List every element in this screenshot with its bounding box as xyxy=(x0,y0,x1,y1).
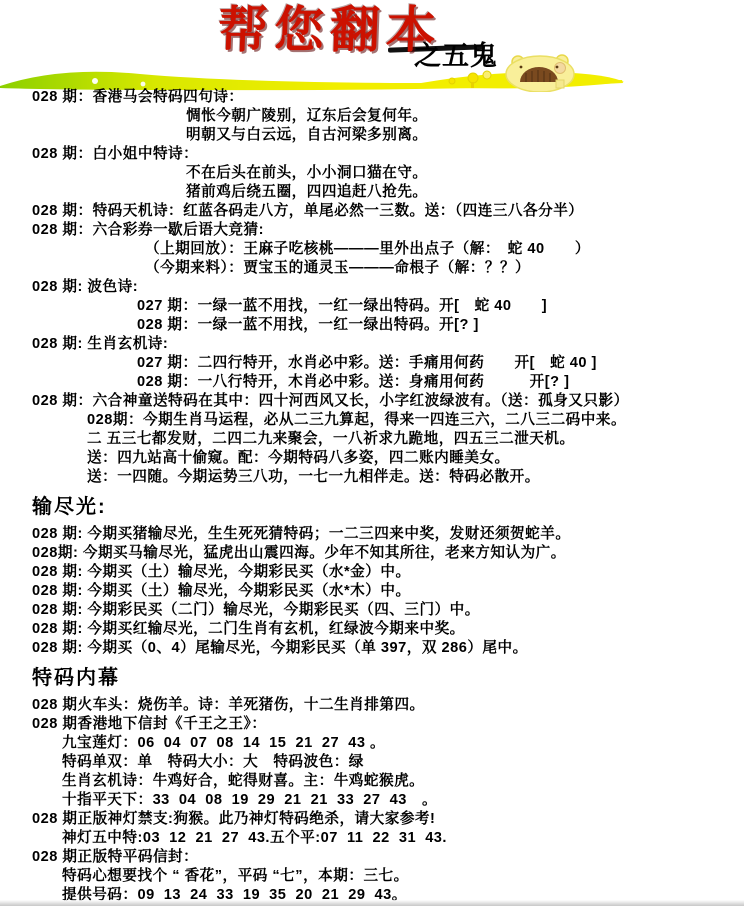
text-line: 028 期: 生肖玄机诗: xyxy=(0,335,744,354)
screenshot-bottom-cutoff xyxy=(0,900,744,906)
text-line: 二 五三七都发财，二四二九来聚会，一八祈求九跪地，四五三二泄天机。 xyxy=(0,430,744,449)
text-line: 送：一四随。今期运势三八功，一七一九相伴走。送：特码必散开。 xyxy=(0,468,744,487)
text-line: 028 期: 今期买（土）输尽光，今期彩民买（水*金）中。 xyxy=(0,563,744,582)
text-line: 特码单双：单 特码大小：大 特码波色：绿 xyxy=(0,753,744,772)
text-line: 028 期：六合彩券一歇后语大竞猜: xyxy=(0,221,744,240)
section-heading-shujinguang: 输尽光: xyxy=(0,496,744,518)
text-line: 028 期：特码天机诗：红蓝各码走八方，单尾必然一三数。送：（四连三八各分半） xyxy=(0,202,744,221)
poem-line: 明朝又与白云远，自古河梁多别离。 xyxy=(0,126,744,145)
text-line: 028 期正版特平码信封： xyxy=(0,848,744,867)
tipsheet-page: 帮您翻本 之五鬼 xyxy=(0,0,744,906)
poem-line: 猪前鸡后绕五圈，四四追赶八抢先。 xyxy=(0,183,744,202)
text-line: 028期：今期生肖马运程，必从二三九算起，得来一四连三六，二八三二码中来。 xyxy=(0,411,744,430)
text-line: 028 期: 今期买（土）输尽光，今期彩民买（水*木）中。 xyxy=(0,582,744,601)
grass-banner-graphic xyxy=(0,50,744,92)
text-line: 神灯五中特:03 12 21 27 43.五个平:07 11 22 31 43. xyxy=(0,829,744,848)
text-line: 027 期：一绿一蓝不用找，一红一绿出特码。开[ 蛇 40 ] xyxy=(0,297,744,316)
section-heading-temaneimu: 特码内幕 xyxy=(0,667,744,689)
document-body: 028 期：香港马会特码四句诗： 惆怅今朝广陵别，辽东后会复何年。 明朝又与白云… xyxy=(0,88,744,905)
text-line: 028 期：一绿一蓝不用找，一红一绿出特码。开[? ] xyxy=(0,316,744,335)
text-line: 028 期香港地下信封《千王之王》： xyxy=(0,715,744,734)
text-line: 送：四九站高十偷窥。配：今期特码八多姿，四二账内睡美女。 xyxy=(0,449,744,468)
flower-dot xyxy=(141,82,146,87)
text-line: 028 期: 今期买红输尽光，二门生肖有玄机，红绿波今期来中奖。 xyxy=(0,620,744,639)
text-line: 028 期: 今期买猪输尽光，生生死死猜特码；一二三四来中奖，发财还须贺蛇羊。 xyxy=(0,525,744,544)
text-line: 生肖玄机诗：牛鸡好合，蛇得财喜。主：牛鸡蛇猴虎。 xyxy=(0,772,744,791)
text-line: 027 期：二四行特开，水肖必中彩。送：手痛用何药 开[ 蛇 40 ] xyxy=(0,354,744,373)
text-line: 特码心想要找个 “ 香花”，平码 “七”，本期：三七。 xyxy=(0,867,744,886)
text-line: 028 期：白小姐中特诗： xyxy=(0,145,744,164)
bear-mascot-icon xyxy=(506,55,574,92)
text-line: 028 期：一八行特开，木肖必中彩。送：身痛用何药 开[? ] xyxy=(0,373,744,392)
text-line: （上期回放）：王麻子吃核桃———里外出点子（解： 蛇 40 ） xyxy=(0,240,744,259)
text-line: 028 期: 今期买（0、4）尾输尽光，今期彩民买（单 397，双 286）尾中… xyxy=(0,639,744,658)
text-line: 028期: 今期买马输尽光，猛虎出山震四海。少年不知其所往，老来方知认为广。 xyxy=(0,544,744,563)
poem-line: 惆怅今朝广陵别，辽东后会复何年。 xyxy=(0,107,744,126)
text-line: 十指平天下：33 04 08 19 29 21 21 33 27 43 。 xyxy=(0,791,744,810)
flower-dot xyxy=(92,78,98,84)
text-line: 九宝莲灯：06 04 07 08 14 15 21 27 43 。 xyxy=(0,734,744,753)
text-line: 028 期正版神灯禁支:狗猴。此乃神灯特码绝杀，请大家参考! xyxy=(0,810,744,829)
text-line: 028 期火车头：烧伤羊。诗：羊死猪伤，十二生肖排第四。 xyxy=(0,696,744,715)
poem-line: 不在后头在前头，小小洞口猫在守。 xyxy=(0,164,744,183)
text-line: 028 期: 波色诗: xyxy=(0,278,744,297)
text-line: 028 期: 今期彩民买（二门）输尽光，今期彩民买（四、三门）中。 xyxy=(0,601,744,620)
text-line: 028 期：六合神童送特码在其中：四十河西风又长，小字红波绿波有。（送：孤身又只… xyxy=(0,392,744,411)
text-line: （今期来料）：贾宝玉的通灵玉———命根子（解：？？） xyxy=(0,259,744,278)
text-line: 028 期：香港马会特码四句诗： xyxy=(0,88,744,107)
page-header: 帮您翻本 之五鬼 xyxy=(0,0,744,92)
